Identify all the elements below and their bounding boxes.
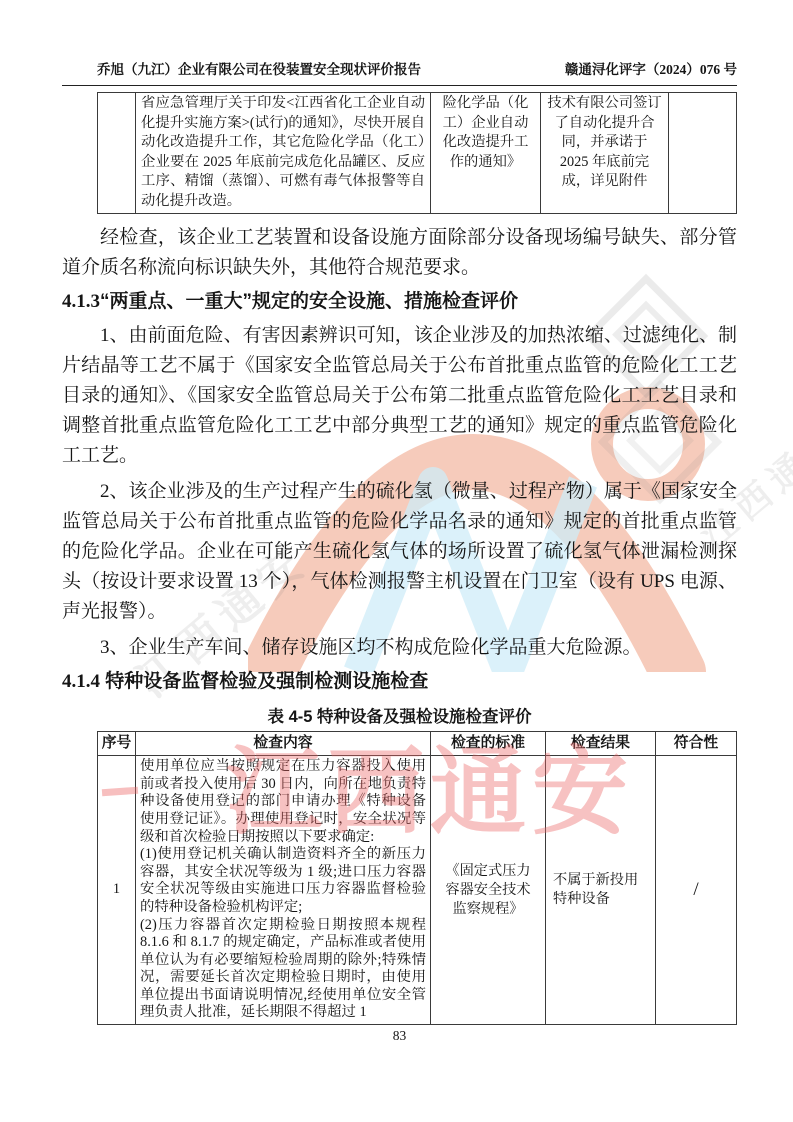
section-heading-413: 4.1.3“两重点、一重大”规定的安全设施、措施检查评价 [62,289,737,315]
header-document-code: 赣通浔化评字（2024）076 号 [565,58,737,78]
table-4-5: 序号 检查内容 检查的标准 检查结果 符合性 1 使用单位应当按照规定在压力容器… [97,731,737,1026]
page-content: 乔旭（九江）企业有限公司在役装置安全现状评价报告 赣通浔化评字（2024）076… [62,58,737,1044]
cell-check-result: 不属于新投用特种设备 [546,756,656,1025]
cell-conformity [669,93,737,214]
cell-check-content: 使用单位应当按照规定在压力容器投入使用前或者投入使用后 30 日内，向所在地负责… [136,756,431,1025]
cell-check-standard: 险化学品（化工）企业自动化改造提升工作的通知》 [431,93,541,214]
col-header-standard: 检查的标准 [431,731,546,756]
section-number: 4.1.3 [62,291,100,312]
page-number: 83 [62,1028,737,1044]
col-header-content: 检查内容 [136,731,431,756]
section-title: 特种设备监督检验及强制检测设施检查 [105,671,428,692]
col-header-result: 检查结果 [546,731,656,756]
page-header: 乔旭（九江）企业有限公司在役装置安全现状评价报告 赣通浔化评字（2024）076… [62,58,737,85]
section-number: 4.1.4 [62,671,100,692]
document-page: 江西通安 江西通安 江西通安 乔旭（九江）企业有限公司在役装置安全现状评价报告 … [0,0,793,1122]
table-row: 1 使用单位应当按照规定在压力容器投入使用前或者投入使用后 30 日内，向所在地… [98,756,737,1025]
cell-check-content: 省应急管理厅关于印发<江西省化工企业自动化提升实施方案>(试行)的通知》，尽快开… [136,93,431,214]
col-header-serial: 序号 [98,731,136,756]
cell-serial [98,93,136,214]
col-header-conformity: 符合性 [656,731,737,756]
cell-conformity: / [656,756,737,1025]
cell-check-result: 技术有限公司签订了自动化提升合同，并承诺于 2025 年底前完成，详见附件 [541,93,669,214]
table-header-row: 序号 检查内容 检查的标准 检查结果 符合性 [98,731,737,756]
cell-check-standard: 《固定式压力容器安全技术监察规程》 [431,756,546,1025]
table-row: 省应急管理厅关于印发<江西省化工企业自动化提升实施方案>(试行)的通知》，尽快开… [98,93,737,214]
cell-serial: 1 [98,756,136,1025]
paragraph-item3: 3、企业生产车间、储存设施区均不构成危险化学品重大危险源。 [62,633,737,663]
header-report-title: 乔旭（九江）企业有限公司在役装置安全现状评价报告 [62,58,421,78]
table-caption: 表 4-5 特种设备及强检设施检查评价 [62,703,737,727]
paragraph-item2: 2、该企业涉及的生产过程产生的硫化氢（微量、过程产物）属于《国家安全监管总局关于… [62,477,737,627]
continuation-table: 省应急管理厅关于印发<江西省化工企业自动化提升实施方案>(试行)的通知》，尽快开… [97,92,737,214]
paragraph-item1: 1、由前面危险、有害因素辨识可知，该企业涉及的加热浓缩、过滤纯化、制片结晶等工艺… [62,321,737,471]
section-heading-414: 4.1.4 特种设备监督检验及强制检测设施检查 [62,669,737,695]
header-rule [62,85,737,86]
paragraph-summary: 经检查，该企业工艺装置和设备设施方面除部分设备现场编号缺失、部分管道介质名称流向… [62,223,737,283]
section-title: “两重点、一重大”规定的安全设施、措施检查评价 [100,291,518,312]
